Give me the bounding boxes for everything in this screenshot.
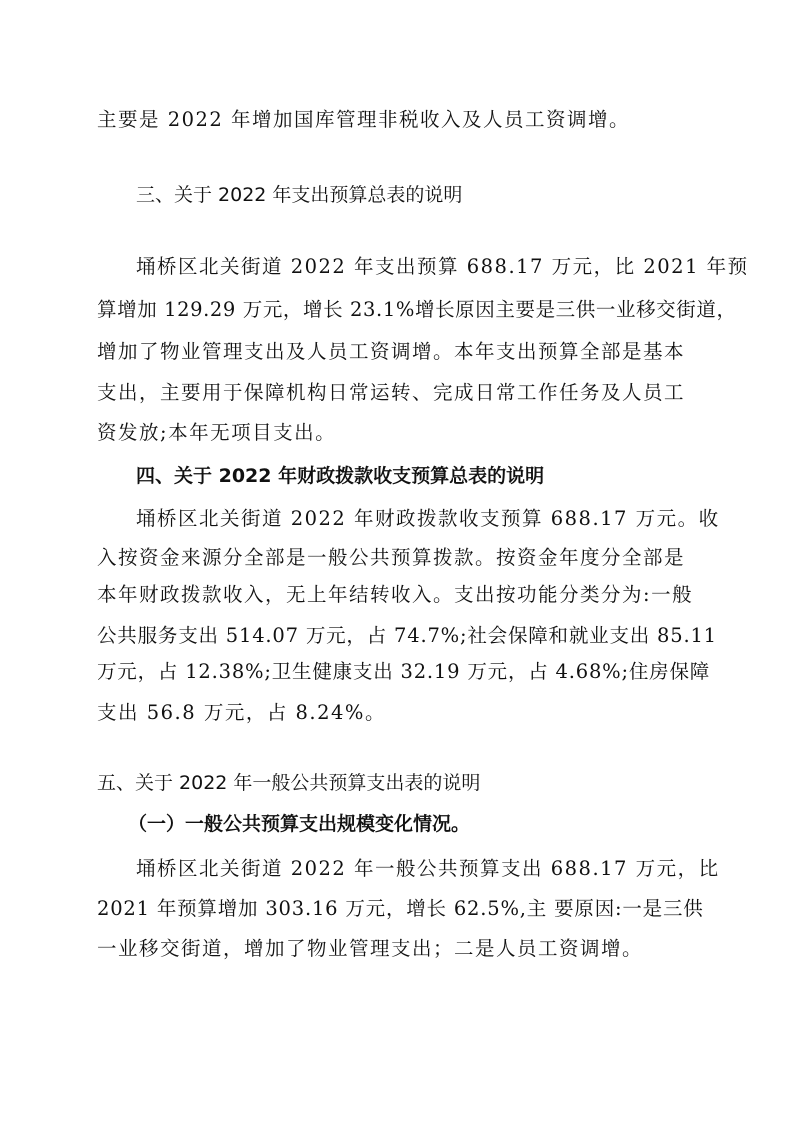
paragraph-line: 本年财政拨款收入，无上年结转收入。支出按功能分类分为:一般 [97,579,693,607]
paragraph-line: 埇桥区北关街道 2022 年一般公共预算支出 688.17 万元，比 [136,853,720,881]
paragraph-line: 主要是 2022 年增加国库管理非税收入及人员工资调增。 [97,104,630,132]
section-heading-3: 三、关于 2022 年支出预算总表的说明 [136,180,462,207]
section-heading-4: 四、关于 2022 年财政拨款收支预算总表的说明 [136,461,544,488]
section-heading-5: 五、关于 2022 年一般公共预算支出表的说明 [97,768,480,795]
paragraph-line: 资发放;本年无项目支出。 [97,417,336,445]
document-page: 主要是 2022 年增加国库管理非税收入及人员工资调增。 三、关于 2022 年… [0,0,793,1122]
paragraph-line: 一业移交街道，增加了物业管理支出；二是人员工资调增。 [97,933,643,961]
paragraph-line: 增加了物业管理支出及人员工资调增。本年支出预算全部是基本 [97,336,685,364]
paragraph-line: 公共服务支出 514.07 万元，占 74.7%;社会保障和就业支出 85.11 [97,620,717,648]
subsection-heading: （一）一般公共预算支出规模变化情况。 [128,809,470,836]
paragraph-line: 2021 年预算增加 303.16 万元，增长 62.5%,主 要原因:一是三供 [97,893,704,921]
paragraph-line: 支出，主要用于保障机构日常运转、完成日常工作任务及人员工 [97,377,685,405]
paragraph-line: 万元，占 12.38%;卫生健康支出 32.19 万元，占 4.68%;住房保障 [97,656,710,684]
paragraph-line: 埇桥区北关街道 2022 年支出预算 688.17 万元，比 2021 年预 [136,251,749,279]
paragraph-line: 算增加 129.29 万元，增长 23.1%增长原因主要是三供一业移交街道， [97,294,737,322]
paragraph-line: 支出 56.8 万元，占 8.24%。 [97,697,386,725]
paragraph-line: 入按资金来源分全部是一般公共预算拨款。按资金年度分全部是 [97,542,685,570]
paragraph-line: 埇桥区北关街道 2022 年财政拨款收支预算 688.17 万元。收 [136,503,720,531]
